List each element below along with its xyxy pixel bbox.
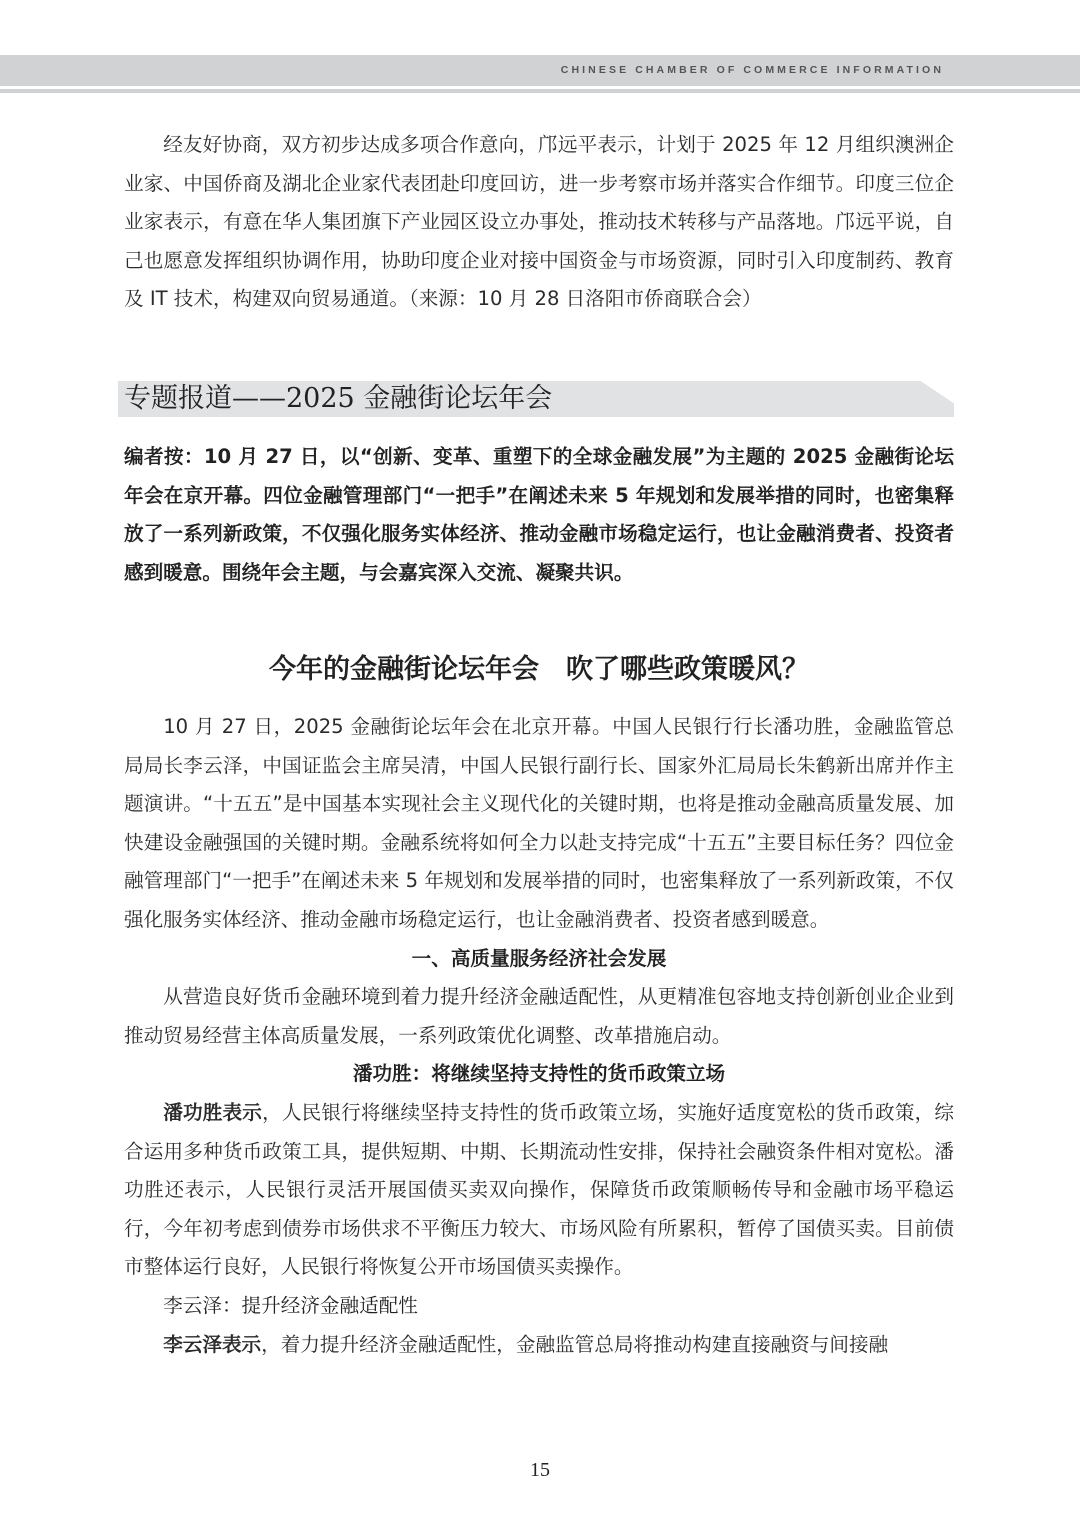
article-title: 今年的金融街论坛年会 吹了哪些政策暖风？: [124, 648, 954, 692]
li-lead: 李云泽表示: [163, 1333, 261, 1356]
section-banner-title: 专题报道——2025 金融街论坛年会: [124, 379, 552, 419]
pan-paragraph: 潘功胜表示，人民银行将继续坚持支持性的货币政策立场，实施好适度宽松的货币政策，综…: [124, 1094, 954, 1287]
running-header-band: CHINESE CHAMBER OF COMMERCE INFORMATION: [0, 55, 1080, 86]
pan-body: ，人民银行将继续坚持支持性的货币政策立场，实施好适度宽松的货币政策，综合运用多种…: [124, 1101, 954, 1278]
pan-subheading: 潘功胜：将继续坚持支持性的货币政策立场: [124, 1055, 954, 1094]
pan-lead: 潘功胜表示: [163, 1101, 262, 1124]
editor-note-text: 编者按：10 月 27 日，以“创新、变革、重塑下的全球金融发展”为主题的 20…: [124, 438, 954, 592]
article-intro: 10 月 27 日，2025 金融街论坛年会在北京开幕。中国人民银行行长潘功胜，…: [124, 708, 954, 940]
li-paragraph: 李云泽表示，着力提升经济金融适配性，金融监管总局将推动构建直接融资与间接融: [124, 1326, 954, 1365]
previous-article-tail: 经友好协商，双方初步达成多项合作意向，邝远平表示，计划于 2025 年 12 月…: [124, 126, 954, 319]
li-body: ，着力提升经济金融适配性，金融监管总局将推动构建直接融资与间接融: [261, 1333, 888, 1356]
article-body: 10 月 27 日，2025 金融街论坛年会在北京开幕。中国人民银行行长潘功胜，…: [124, 708, 954, 1364]
header-rule: [0, 89, 1080, 93]
page-number: 15: [0, 1459, 1080, 1482]
running-header-title: CHINESE CHAMBER OF COMMERCE INFORMATION: [561, 64, 944, 76]
previous-article-paragraph: 经友好协商，双方初步达成多项合作意向，邝远平表示，计划于 2025 年 12 月…: [124, 126, 954, 319]
section-heading: 一、高质量服务经济社会发展: [124, 940, 954, 979]
li-subheading: 李云泽：提升经济金融适配性: [124, 1287, 954, 1326]
editor-note: 编者按：10 月 27 日，以“创新、变革、重塑下的全球金融发展”为主题的 20…: [124, 438, 954, 592]
section-paragraph: 从营造良好货币金融环境到着力提升经济金融适配性，从更精准包容地支持创新创业企业到…: [124, 978, 954, 1055]
